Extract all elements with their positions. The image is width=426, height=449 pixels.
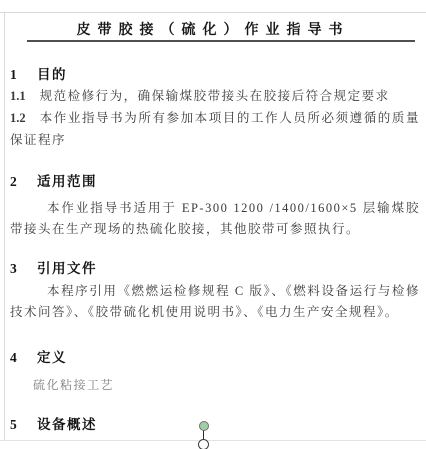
title-underline	[27, 40, 415, 42]
page-top-edge	[0, 12, 426, 13]
section-heading-2: 2适用范围	[10, 170, 97, 190]
page-bottom-edge	[0, 440, 426, 441]
definition-text: 硫化粘接工艺	[33, 376, 114, 393]
section-title: 适用范围	[37, 174, 97, 189]
clause-number: 1.2	[10, 111, 26, 125]
section-3-paragraph: 本程序引用《燃燃运检修规程 C 版》、《燃料设备运行与检修技术问答》、《胶带硫化…	[10, 281, 420, 323]
document-page[interactable]: 皮带胶接（硫化）作业指导书 1目的 1.1规范检修行为，确保输煤胶带接头在胶接后…	[0, 0, 426, 449]
section-number: 5	[10, 417, 37, 433]
section-number: 2	[10, 174, 37, 190]
section-title: 引用文件	[37, 261, 97, 276]
clause-1-2: 1.2本作业指导书为所有参加本项目的工作人员所必须遵循的质量保证程序	[10, 107, 420, 151]
clause-1-1: 1.1规范检修行为，确保输煤胶带接头在胶接后符合规定要求	[10, 85, 420, 107]
section-heading-5: 5设备概述	[10, 413, 97, 433]
rotation-handle-dot[interactable]	[199, 421, 209, 431]
section-title: 定义	[37, 350, 67, 365]
document-title: 皮带胶接（硫化）作业指导书	[0, 19, 426, 39]
clause-number: 1.1	[10, 89, 26, 103]
section-number: 1	[10, 67, 37, 83]
section-2-paragraph: 本作业指导书适用于 EP-300 1200 /1400/1600×5 层输煤胶带…	[10, 198, 420, 240]
section-heading-3: 3引用文件	[10, 257, 97, 277]
section-number: 3	[10, 261, 37, 277]
shape-rotation-handle[interactable]	[197, 421, 210, 449]
section-heading-4: 4定义	[10, 346, 67, 366]
clause-text: 规范检修行为，确保输煤胶带接头在胶接后符合规定要求	[40, 89, 390, 103]
clause-text: 本作业指导书为所有参加本项目的工作人员所必须遵循的质量保证程序	[10, 111, 420, 147]
resize-handle-dot[interactable]	[198, 439, 209, 449]
section-title: 设备概述	[37, 417, 97, 432]
section-heading-1: 1目的	[10, 63, 67, 83]
section-number: 4	[10, 350, 37, 366]
page-left-edge	[4, 12, 5, 441]
section-title: 目的	[37, 67, 67, 82]
